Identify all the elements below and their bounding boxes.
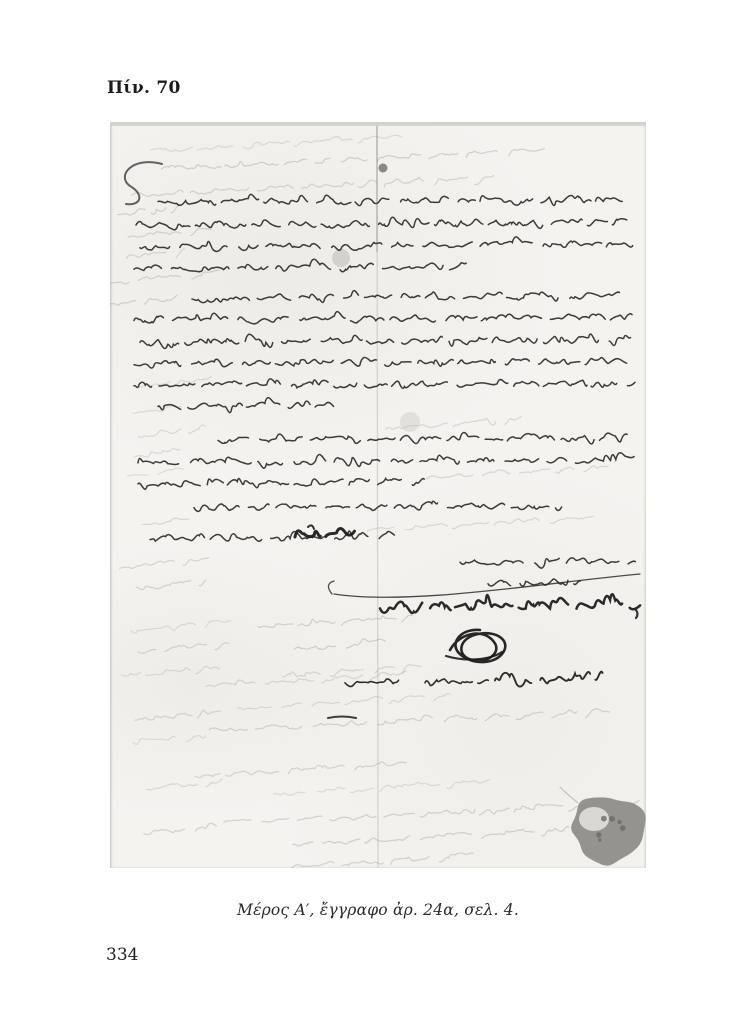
manuscript-scan — [110, 122, 646, 868]
handwriting-layer — [110, 122, 646, 868]
page-number: 334 — [106, 945, 138, 965]
book-page: Πίν. 70 Μέρος Α′, ἔγγραφο ἀρ. 24α, σελ. … — [0, 0, 743, 1027]
seal — [571, 797, 646, 865]
figure-caption: Μέρος Α′, ἔγγραφο ἀρ. 24α, σελ. 4. — [110, 901, 646, 919]
plate-label: Πίν. 70 — [107, 78, 181, 98]
